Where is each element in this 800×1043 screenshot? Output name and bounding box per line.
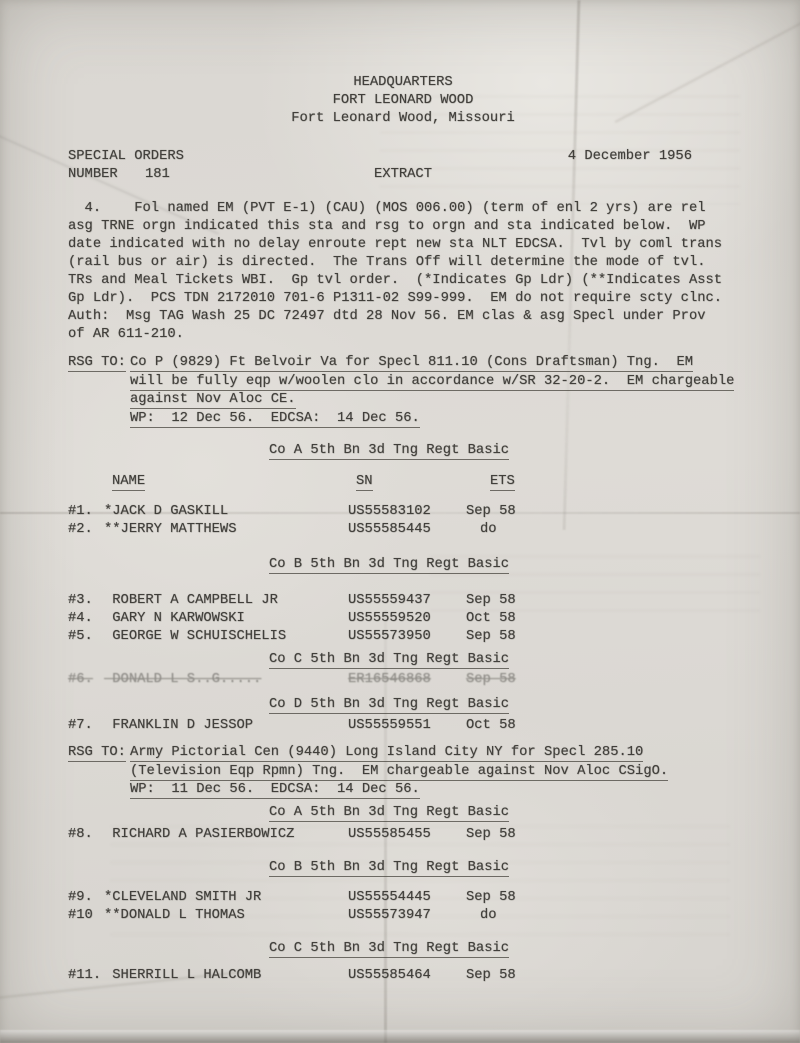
table-row: #4. GARY N KARWOWSKI US55559520 Oct 58 <box>68 610 738 628</box>
row-ets: Sep 58 <box>466 967 576 985</box>
row-name: FRANKLIN D JESSOP <box>104 717 348 735</box>
rsg-line: Army Pictorial Cen (9440) Long Island Ci… <box>130 744 668 763</box>
row-sn: US55585445 <box>348 521 466 539</box>
row-ets: do <box>466 907 590 925</box>
letterhead: HEADQUARTERS FORT LEONARD WOOD Fort Leon… <box>68 74 738 128</box>
row-sn: US55559520 <box>348 610 466 628</box>
row-name: *JACK D GASKILL <box>104 503 348 521</box>
order-title-row: SPECIAL ORDERS 4 December 1956 <box>68 148 738 166</box>
section-heading: Co B 5th Bn 3d Tng Regt Basic <box>54 859 724 877</box>
column-header-sn: SN <box>356 473 474 491</box>
paragraph-line: Auth: Msg TAG Wash 25 DC 72497 dtd 28 No… <box>68 308 738 326</box>
table-row: #8. RICHARD A PASIERBOWICZ US55585455 Se… <box>68 826 738 844</box>
row-name: RICHARD A PASIERBOWICZ <box>104 826 348 844</box>
row-ets: Oct 58 <box>466 717 576 735</box>
row-number: #9. <box>68 889 104 907</box>
document-content: HEADQUARTERS FORT LEONARD WOOD Fort Leon… <box>0 0 800 1043</box>
paragraph-line: TRs and Meal Tickets WBI. Gp tvl order. … <box>68 272 738 290</box>
column-header-name: NAME <box>104 473 356 491</box>
row-ets: Sep 58 <box>466 671 576 689</box>
row-number: #8. <box>68 826 104 844</box>
table-row: #10 **DONALD L THOMAS US55573947 do <box>68 907 738 925</box>
row-number: #5. <box>68 628 104 646</box>
table-row: #3. ROBERT A CAMPBELL JR US55559437 Sep … <box>68 592 738 610</box>
row-sn: US55585455 <box>348 826 466 844</box>
rsg-line: WP: 12 Dec 56. EDCSA: 14 Dec 56. <box>130 410 734 429</box>
row-name: GEORGE W SCHUISCHELIS <box>104 628 348 646</box>
row-sn: ER16546868 <box>348 671 466 689</box>
section-heading: Co C 5th Bn 3d Tng Regt Basic <box>54 940 724 958</box>
row-ets: Sep 58 <box>466 889 576 907</box>
column-header-row: NAME SN ETS <box>68 473 738 491</box>
rsg-to-label: RSG TO: <box>68 354 130 428</box>
paragraph-line: (rail bus or air) is directed. The Trans… <box>68 254 738 272</box>
row-name: **DONALD L THOMAS <box>104 907 348 925</box>
row-number: #6. <box>68 671 104 689</box>
paragraph-line: date indicated with no delay enroute rep… <box>68 236 738 254</box>
row-sn: US55559551 <box>348 717 466 735</box>
special-orders-label: SPECIAL ORDERS <box>68 148 184 166</box>
paragraph-line: asg TRNE orgn indicated this sta and rsg… <box>68 218 738 236</box>
section-heading: Co A 5th Bn 3d Tng Regt Basic <box>54 442 724 460</box>
row-sn: US55554445 <box>348 889 466 907</box>
table-row: #7. FRANKLIN D JESSOP US55559551 Oct 58 <box>68 717 738 735</box>
paragraph-4: 4. Fol named EM (PVT E-1) (CAU) (MOS 006… <box>68 200 738 344</box>
row-ets: Sep 58 <box>466 826 576 844</box>
paragraph-line: of AR 611-210. <box>68 326 738 344</box>
order-number-row: NUMBER 181 EXTRACT <box>68 166 738 184</box>
scanned-document-page: HEADQUARTERS FORT LEONARD WOOD Fort Leon… <box>0 0 800 1043</box>
paragraph-line: Gp Ldr). PCS TDN 2172010 701-6 P1311-02 … <box>68 290 738 308</box>
row-sn: US55585464 <box>348 967 466 985</box>
row-name: *CLEVELAND SMITH JR <box>104 889 348 907</box>
table-row-faded: #6. DONALD L S..G..... ER16546868 Sep 58 <box>68 671 738 689</box>
rsg-line: (Television Eqp Rpmn) Tng. EM chargeable… <box>130 763 668 782</box>
row-ets: Sep 58 <box>466 592 576 610</box>
row-name: GARY N KARWOWSKI <box>104 610 348 628</box>
letterhead-line-headquarters: HEADQUARTERS <box>68 74 738 92</box>
row-number: #7. <box>68 717 104 735</box>
column-header-spacer <box>68 473 104 491</box>
rsg-line: will be fully eqp w/woolen clo in accord… <box>130 373 734 392</box>
rsg-line: against Nov Aloc CE. <box>130 391 734 410</box>
letterhead-line-location: Fort Leonard Wood, Missouri <box>68 110 738 128</box>
row-number: #11. <box>68 967 104 985</box>
rsg-to-block-ft-belvoir: RSG TO: Co P (9829) Ft Belvoir Va for Sp… <box>68 354 738 428</box>
row-ets: Sep 58 <box>466 503 576 521</box>
paragraph-line: 4. Fol named EM (PVT E-1) (CAU) (MOS 006… <box>68 200 738 218</box>
row-sn: US55573947 <box>348 907 466 925</box>
row-number: #4. <box>68 610 104 628</box>
extract-label: EXTRACT <box>68 166 738 184</box>
section-heading: Co D 5th Bn 3d Tng Regt Basic <box>54 696 724 714</box>
row-number: #2. <box>68 521 104 539</box>
row-name: ROBERT A CAMPBELL JR <box>104 592 348 610</box>
table-row: #5. GEORGE W SCHUISCHELIS US55573950 Sep… <box>68 628 738 646</box>
row-name: **JERRY MATTHEWS <box>104 521 348 539</box>
section-heading: Co B 5th Bn 3d Tng Regt Basic <box>54 556 724 574</box>
rsg-to-block-army-pictorial: RSG TO: Army Pictorial Cen (9440) Long I… <box>68 744 738 800</box>
table-row: #11. SHERRILL L HALCOMB US55585464 Sep 5… <box>68 967 738 985</box>
section-heading: Co C 5th Bn 3d Tng Regt Basic <box>54 651 724 669</box>
column-header-ets: ETS <box>474 473 600 491</box>
row-ets: Oct 58 <box>466 610 576 628</box>
rsg-to-text: Co P (9829) Ft Belvoir Va for Specl 811.… <box>130 354 734 428</box>
row-sn: US55559437 <box>348 592 466 610</box>
rsg-line: WP: 11 Dec 56. EDCSA: 14 Dec 56. <box>130 781 668 800</box>
row-sn: US55583102 <box>348 503 466 521</box>
row-sn: US55573950 <box>348 628 466 646</box>
table-row: #2. **JERRY MATTHEWS US55585445 do <box>68 521 738 539</box>
row-number: #1. <box>68 503 104 521</box>
rsg-to-text: Army Pictorial Cen (9440) Long Island Ci… <box>130 744 668 800</box>
row-name: DONALD L S..G..... <box>104 671 348 689</box>
row-ets: do <box>466 521 590 539</box>
row-name: SHERRILL L HALCOMB <box>104 967 348 985</box>
table-row: #1. *JACK D GASKILL US55583102 Sep 58 <box>68 503 738 521</box>
rsg-line: Co P (9829) Ft Belvoir Va for Specl 811.… <box>130 354 734 373</box>
row-number: #10 <box>68 907 104 925</box>
row-ets: Sep 58 <box>466 628 576 646</box>
row-number: #3. <box>68 592 104 610</box>
order-date: 4 December 1956 <box>568 148 692 166</box>
table-row: #9. *CLEVELAND SMITH JR US55554445 Sep 5… <box>68 889 738 907</box>
rsg-to-label: RSG TO: <box>68 744 130 800</box>
section-heading: Co A 5th Bn 3d Tng Regt Basic <box>54 804 724 822</box>
letterhead-line-fort: FORT LEONARD WOOD <box>68 92 738 110</box>
